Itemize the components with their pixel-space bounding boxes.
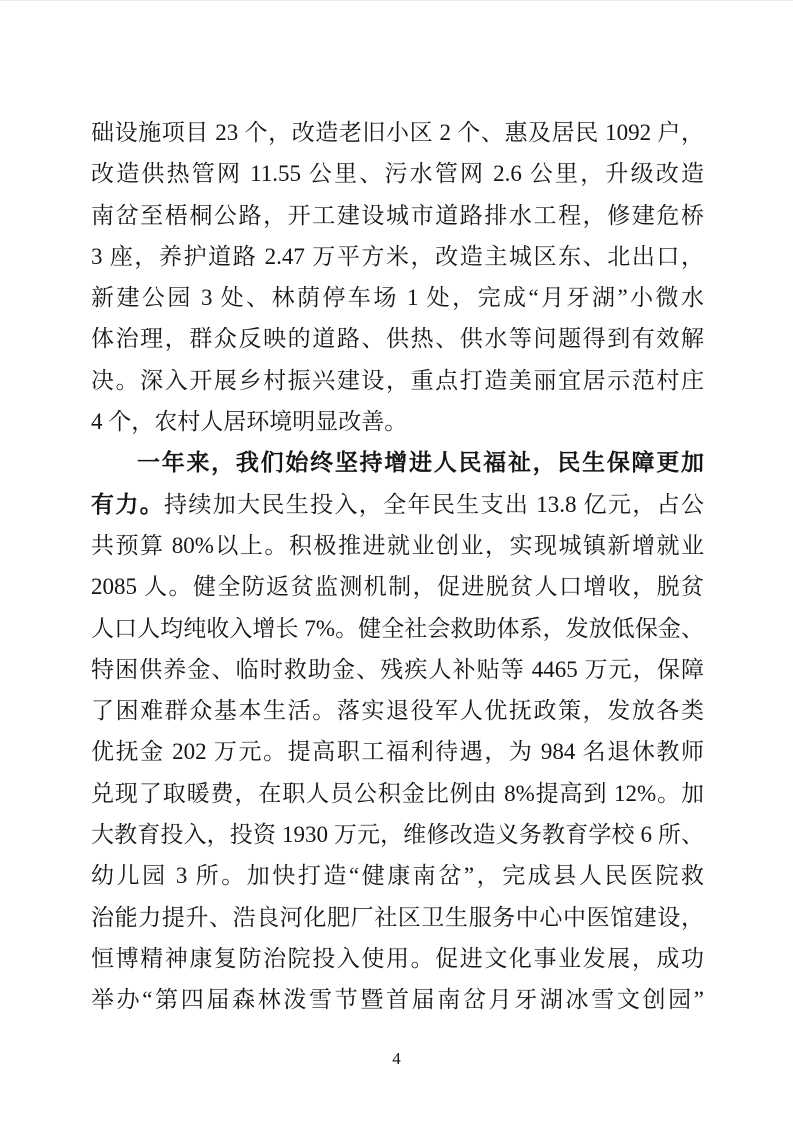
text-run: 体治理，群众反映的道路、供热、供水等问题得到有效解 xyxy=(91,326,704,351)
text-line: 举办“第四届森林泼雪节暨首届南岔月牙湖冰雪文创园” xyxy=(91,979,704,1020)
text-line: 2085 人。健全防返贫监测机制，促进脱贫人口增收，脱贫 xyxy=(91,566,704,607)
text-run: 2085 人。健全防返贫监测机制，促进脱贫人口增收，脱贫 xyxy=(91,574,704,599)
text-line: 治能力提升、浩良河化肥厂社区卫生服务中心中医馆建设， xyxy=(91,897,704,938)
text-run: 举办“第四届森林泼雪节暨首届南岔月牙湖冰雪文创园” xyxy=(91,987,704,1012)
text-run: 础设施项目 23 个，改造老旧小区 2 个、惠及居民 1092 户， xyxy=(91,120,704,145)
text-block: 础设施项目 23 个，改造老旧小区 2 个、惠及居民 1092 户，改造供热管网… xyxy=(91,112,704,1021)
text-line: 人口人均纯收入增长 7%。健全社会救助体系，发放低保金、 xyxy=(91,608,704,649)
text-run: 了困难群众基本生活。落实退役军人优抚政策，发放各类 xyxy=(91,698,704,723)
text-line: 决。深入开展乡村振兴建设，重点打造美丽宜居示范村庄 xyxy=(91,360,704,401)
text-line: 南岔至梧桐公路，开工建设城市道路排水工程，修建危桥 xyxy=(91,195,704,236)
text-line: 幼儿园 3 所。加快打造“健康南岔”，完成县人民医院救 xyxy=(91,855,704,896)
text-line: 体治理，群众反映的道路、供热、供水等问题得到有效解 xyxy=(91,318,704,359)
text-line: 大教育投入，投资 1930 万元，维修改造义务教育学校 6 所、 xyxy=(91,814,704,855)
text-run: 人口人均纯收入增长 7%。健全社会救助体系，发放低保金、 xyxy=(91,616,704,641)
text-run: 改造供热管网 11.55 公里、污水管网 2.6 公里，升级改造 xyxy=(91,161,704,186)
text-run: 恒博精神康复防治院投入使用。促进文化事业发展，成功 xyxy=(91,946,704,971)
text-line: 优抚金 202 万元。提高职工福利待遇，为 984 名退休教师 xyxy=(91,731,704,772)
bold-text-run: 一年来，我们始终坚持增进人民福祉，民生保障更加 xyxy=(137,450,704,475)
text-line: 共预算 80%以上。积极推进就业创业，实现城镇新增就业 xyxy=(91,525,704,566)
page-number: 4 xyxy=(0,1048,793,1070)
text-line: 3 座，养护道路 2.47 万平方米，改造主城区东、北出口， xyxy=(91,236,704,277)
text-line: 4 个，农村人居环境明显改善。 xyxy=(91,401,704,442)
text-run: 共预算 80%以上。积极推进就业创业，实现城镇新增就业 xyxy=(91,533,704,558)
text-line: 改造供热管网 11.55 公里、污水管网 2.6 公里，升级改造 xyxy=(91,153,704,194)
text-run: 决。深入开展乡村振兴建设，重点打造美丽宜居示范村庄 xyxy=(91,368,704,393)
text-line: 新建公园 3 处、林荫停车场 1 处，完成“月牙湖”小微水 xyxy=(91,277,704,318)
text-line: 一年来，我们始终坚持增进人民福祉，民生保障更加 xyxy=(91,442,704,483)
bold-text-run: 有力。 xyxy=(91,492,164,517)
text-run: 治能力提升、浩良河化肥厂社区卫生服务中心中医馆建设， xyxy=(91,905,704,930)
text-run: 特困供养金、临时救助金、残疾人补贴等 4465 万元，保障 xyxy=(91,657,704,682)
text-run: 新建公园 3 处、林荫停车场 1 处，完成“月牙湖”小微水 xyxy=(91,285,704,310)
text-line: 了困难群众基本生活。落实退役军人优抚政策，发放各类 xyxy=(91,690,704,731)
text-line: 特困供养金、临时救助金、残疾人补贴等 4465 万元，保障 xyxy=(91,649,704,690)
text-run: 幼儿园 3 所。加快打造“健康南岔”，完成县人民医院救 xyxy=(91,863,704,888)
text-run: 兑现了取暖费，在职人员公积金比例由 8%提高到 12%。加 xyxy=(91,781,704,806)
text-line: 有力。持续加大民生投入，全年民生支出 13.8 亿元，占公 xyxy=(91,484,704,525)
text-line: 恒博精神康复防治院投入使用。促进文化事业发展，成功 xyxy=(91,938,704,979)
text-line: 兑现了取暖费，在职人员公积金比例由 8%提高到 12%。加 xyxy=(91,773,704,814)
text-run: 优抚金 202 万元。提高职工福利待遇，为 984 名退休教师 xyxy=(91,739,704,764)
document-page: 础设施项目 23 个，改造老旧小区 2 个、惠及居民 1092 户，改造供热管网… xyxy=(0,0,793,1122)
text-run: 大教育投入，投资 1930 万元，维修改造义务教育学校 6 所、 xyxy=(91,822,704,847)
text-line: 础设施项目 23 个，改造老旧小区 2 个、惠及居民 1092 户， xyxy=(91,112,704,153)
text-run: 持续加大民生投入，全年民生支出 13.8 亿元，占公 xyxy=(164,492,704,517)
text-run: 南岔至梧桐公路，开工建设城市道路排水工程，修建危桥 xyxy=(91,203,704,228)
text-run: 4 个，农村人居环境明显改善。 xyxy=(91,409,407,434)
text-run: 3 座，养护道路 2.47 万平方米，改造主城区东、北出口， xyxy=(91,244,704,269)
